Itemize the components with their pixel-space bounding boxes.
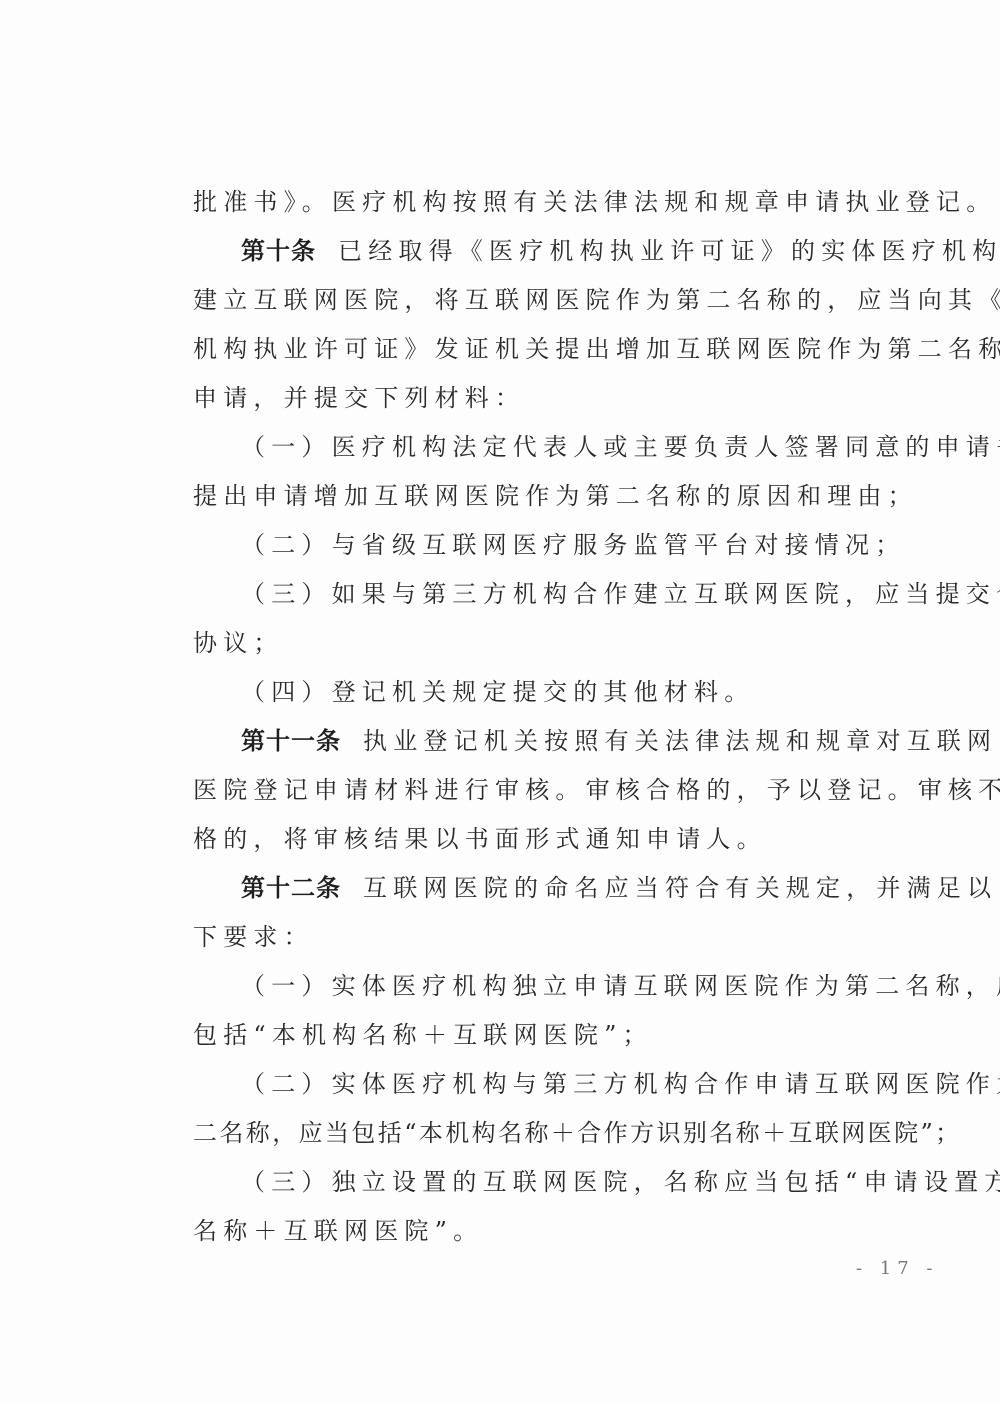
list-item: （三）如果与第三方机构合作建立互联网医院，应当提交合作 [193, 570, 903, 619]
article-10-line: 第十条已经取得《医疗机构执业许可证》的实体医疗机构拟 [193, 227, 903, 276]
article-text: 已经取得《医疗机构执业许可证》的实体医疗机构拟 [338, 237, 1000, 265]
article-heading: 第十一条 [241, 727, 341, 755]
article-heading: 第十二条 [241, 874, 341, 902]
list-item: （一）医疗机构法定代表人或主要负责人签署同意的申请书， [193, 423, 903, 472]
list-item: （二）实体医疗机构与第三方机构合作申请互联网医院作为第 [193, 1060, 903, 1109]
article-text: 执业登记机关按照有关法律法规和规章对互联网 [363, 727, 997, 755]
text-line: 协议； [193, 619, 903, 668]
text-line: 下要求： [193, 913, 903, 962]
article-12-line: 第十二条互联网医院的命名应当符合有关规定，并满足以 [193, 864, 903, 913]
list-item: （二）与省级互联网医疗服务监管平台对接情况； [193, 521, 903, 570]
text-line: 包括“本机构名称＋互联网医院”； [193, 1011, 903, 1060]
text-line: 机构执业许可证》发证机关提出增加互联网医院作为第二名称的 [193, 325, 903, 374]
text-line: 格的，将审核结果以书面形式通知申请人。 [193, 815, 903, 864]
text-line: 二名称，应当包括“本机构名称＋合作方识别名称＋互联网医院”； [193, 1109, 903, 1158]
text-line: 提出申请增加互联网医院作为第二名称的原因和理由； [193, 472, 903, 521]
article-text: 互联网医院的命名应当符合有关规定，并满足以 [363, 874, 997, 902]
text-line: 批准书》。医疗机构按照有关法律法规和规章申请执业登记。 [193, 178, 903, 227]
text-line: 名称＋互联网医院”。 [193, 1207, 903, 1256]
list-item: （一）实体医疗机构独立申请互联网医院作为第二名称，应当 [193, 962, 903, 1011]
text-line: 医院登记申请材料进行审核。审核合格的，予以登记。审核不合 [193, 766, 903, 815]
list-item: （四）登记机关规定提交的其他材料。 [193, 668, 903, 717]
document-body: 批准书》。医疗机构按照有关法律法规和规章申请执业登记。 第十条已经取得《医疗机构… [193, 178, 903, 1256]
text-line: 建立互联网医院，将互联网医院作为第二名称的，应当向其《医疗 [193, 276, 903, 325]
list-item: （三）独立设置的互联网医院，名称应当包括“申请设置方识别 [193, 1158, 903, 1207]
text-line: 申请，并提交下列材料： [193, 374, 903, 423]
article-11-line: 第十一条执业登记机关按照有关法律法规和规章对互联网 [193, 717, 903, 766]
article-heading: 第十条 [241, 237, 316, 265]
page-number: - 17 - [856, 1258, 939, 1279]
